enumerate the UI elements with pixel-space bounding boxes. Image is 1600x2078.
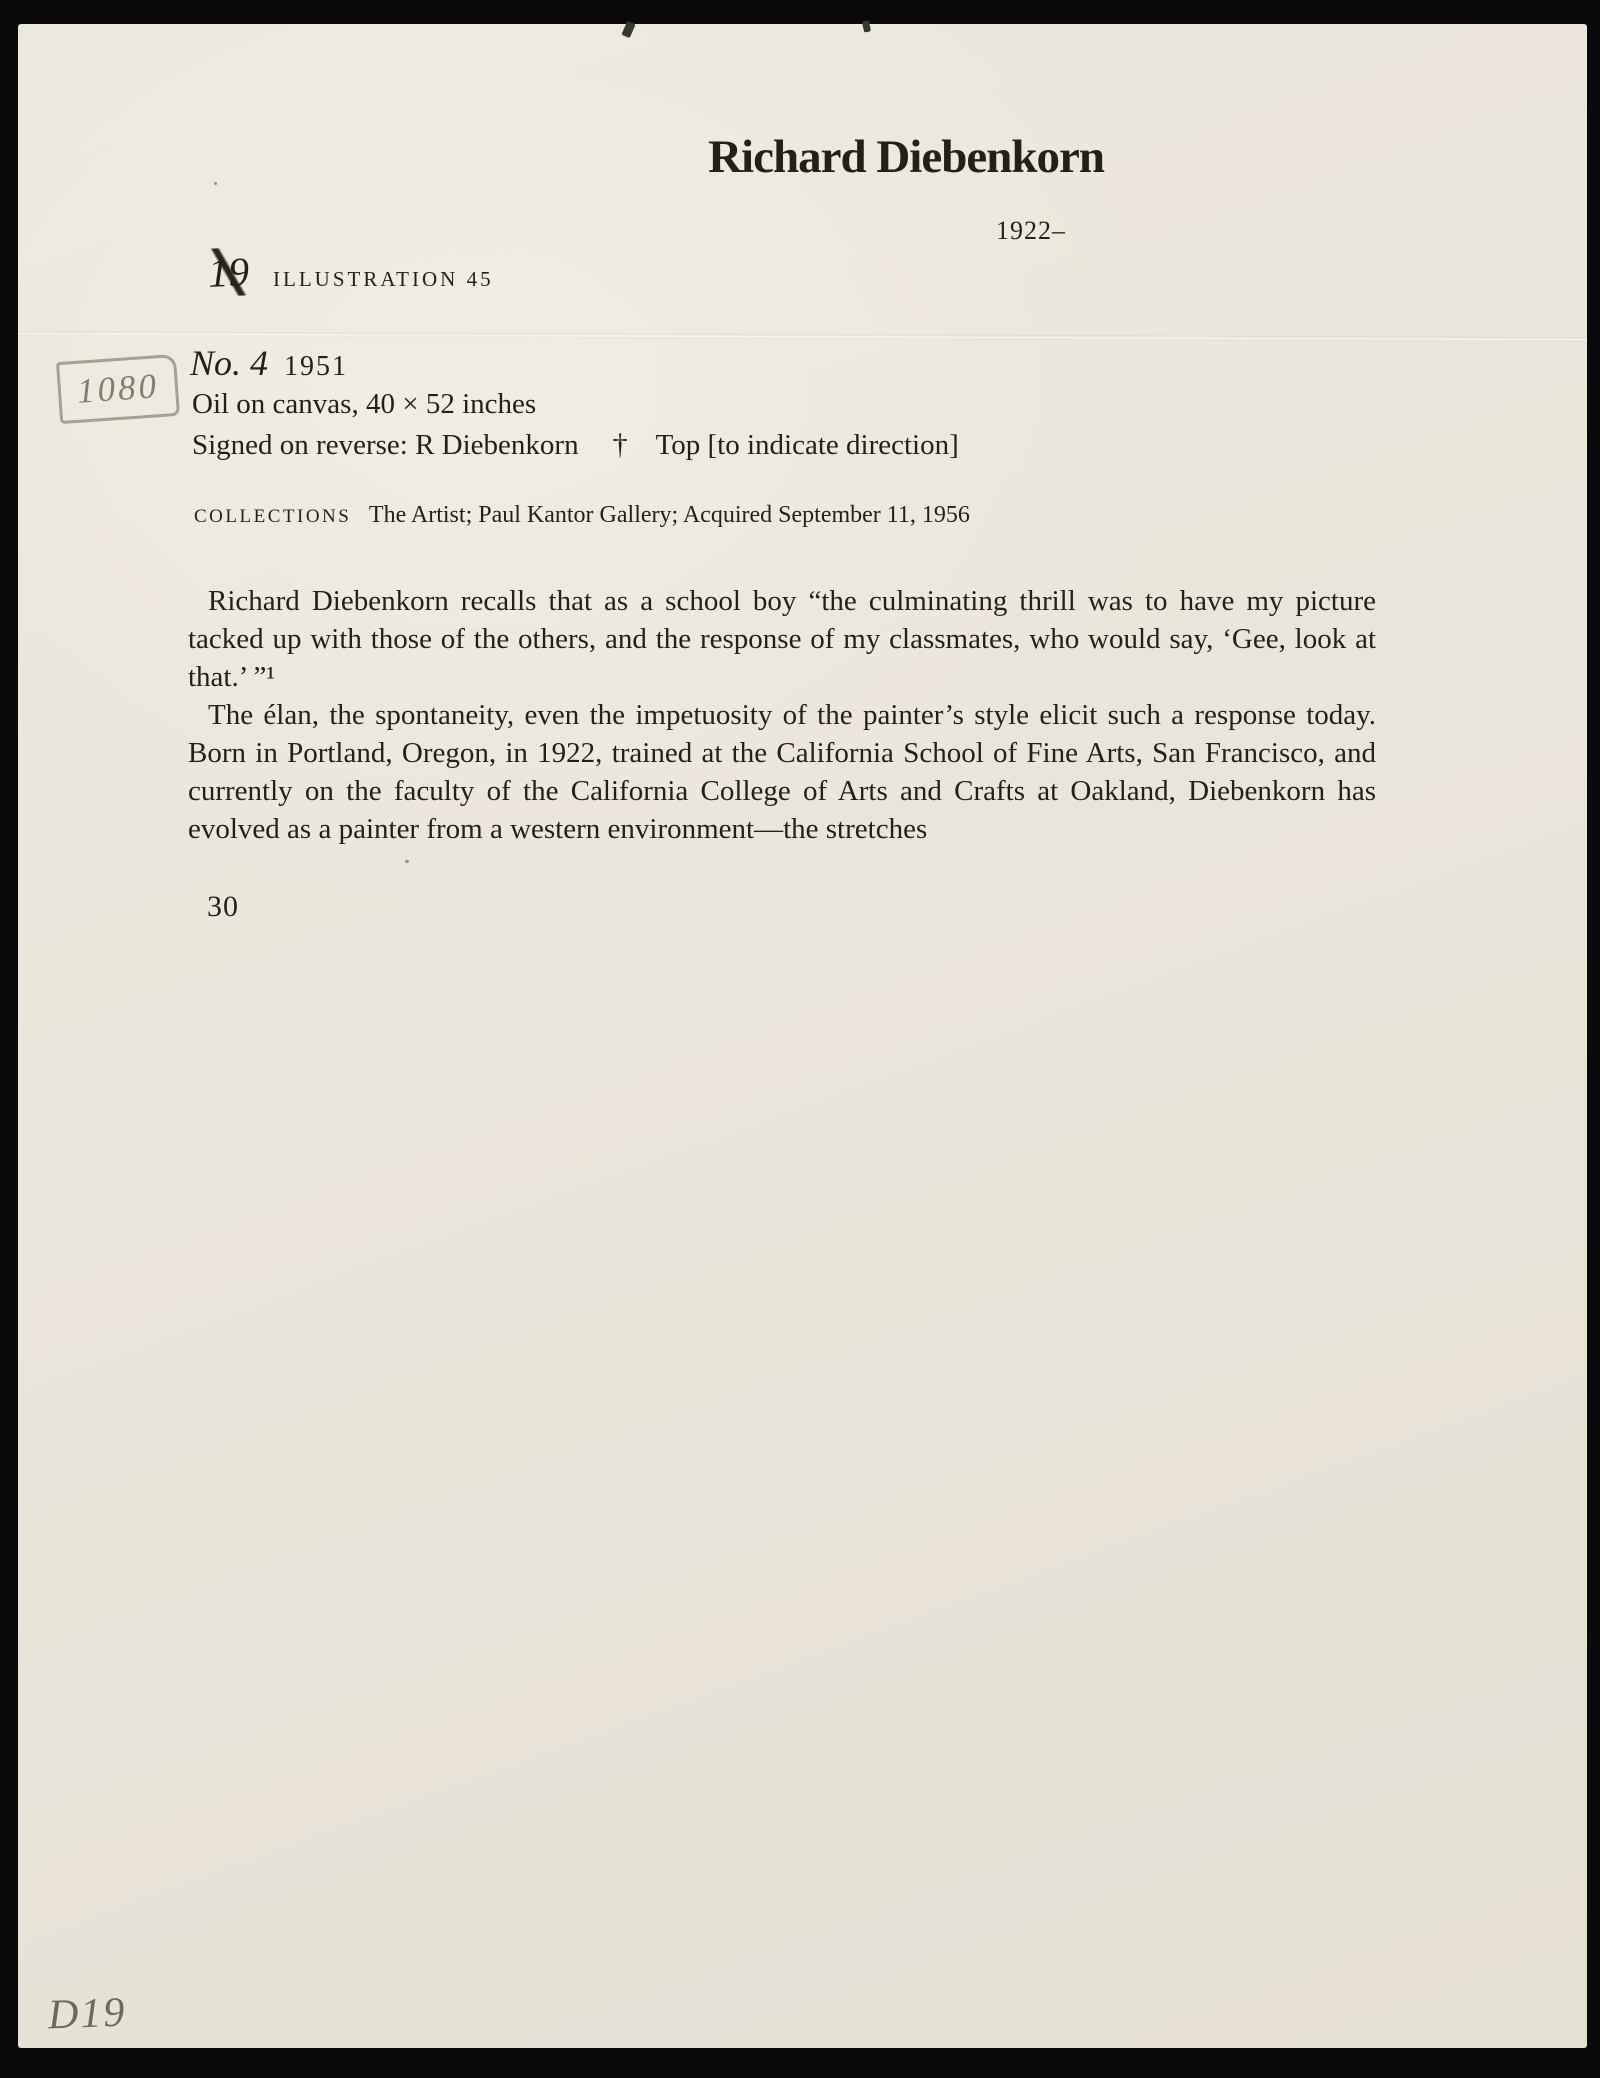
dagger-orientation-mark: † <box>613 428 628 462</box>
work-title-line: No. 4 1951 <box>190 342 348 384</box>
essay-text: Richard Diebenkorn recalls that as a sch… <box>188 582 1376 848</box>
illustration-line: 19 ILLUSTRATION 45 <box>204 248 494 296</box>
work-title-number: No. 4 <box>190 342 268 384</box>
artist-name-heading: Richard Diebenkorn <box>18 130 1104 184</box>
illustration-ref: ILLUSTRATION 45 <box>273 267 494 292</box>
handwritten-accession-number: 1080 <box>56 354 180 424</box>
orientation-note: Top [to indicate direction] <box>656 429 959 462</box>
essay-paragraph-1: Richard Diebenkorn recalls that as a sch… <box>188 582 1376 696</box>
signature-line: Signed on reverse: R Diebenkorn † Top [t… <box>192 428 959 462</box>
paper-speck <box>405 860 409 863</box>
medium-line: Oil on canvas, 40 × 52 inches <box>192 388 536 421</box>
artist-dates: 1922– <box>18 216 1066 246</box>
handwritten-corner-code: D19 <box>47 1989 127 2040</box>
signature-text: Signed on reverse: R Diebenkorn <box>192 429 579 462</box>
collections-line: COLLECTIONS The Artist; Paul Kantor Gall… <box>194 502 970 529</box>
page-number: 30 <box>207 890 239 924</box>
catalog-page: Richard Diebenkorn 1922– 19 ILLUSTRATION… <box>18 24 1587 2048</box>
scan-background: Richard Diebenkorn 1922– 19 ILLUSTRATION… <box>0 0 1600 2078</box>
essay-paragraph-2: The élan, the spontaneity, even the impe… <box>188 696 1376 848</box>
collections-value: The Artist; Paul Kantor Gallery; Acquire… <box>369 502 970 528</box>
struck-catalog-number: 19 <box>203 247 254 297</box>
collections-label: COLLECTIONS <box>194 506 351 527</box>
fold-crease <box>18 331 1587 342</box>
paper-edge-mark <box>862 20 871 32</box>
paper-edge-mark <box>621 21 635 38</box>
work-year: 1951 <box>284 351 348 383</box>
